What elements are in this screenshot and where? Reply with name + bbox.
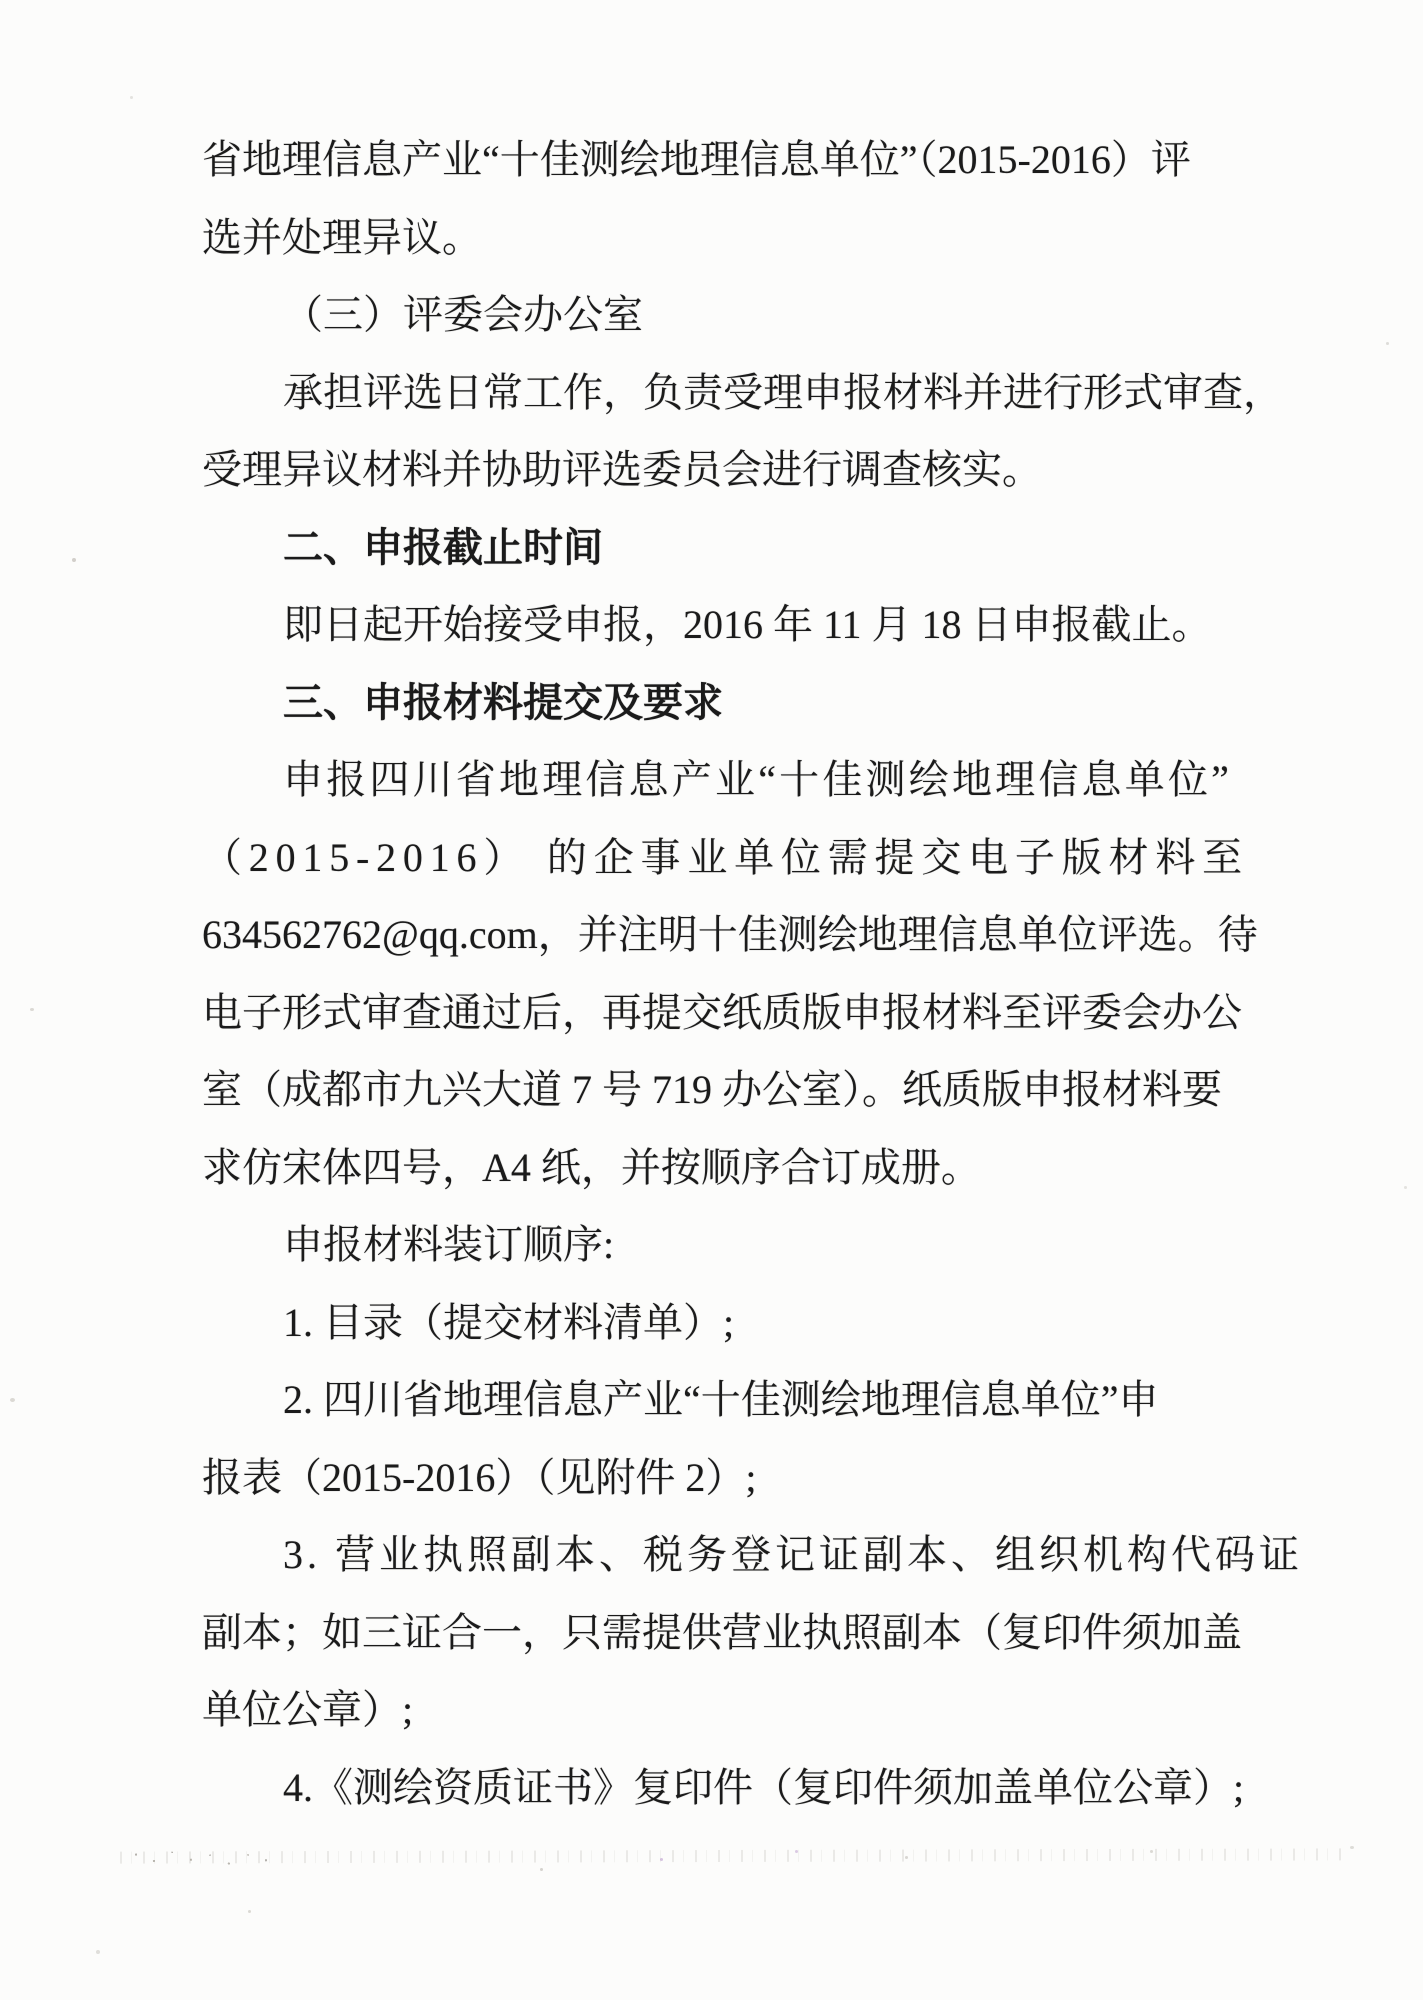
- document-page: 省地理信息产业“十佳测绘地理信息单位”（2015-2016）评 选并处理异议。 …: [0, 0, 1423, 2000]
- text-line: 报表（2015-2016）（见附件 2）;: [202, 1439, 1262, 1517]
- section-heading: 三、申报材料提交及要求: [202, 664, 1262, 742]
- text-line: 受理异议材料并协助评选委员会进行调查核实。: [202, 431, 1262, 509]
- text-line: （2015-2016） 的企事业单位需提交电子版材料至: [202, 819, 1262, 897]
- noise-speck: [540, 1868, 543, 1871]
- noise-speck: [1404, 1186, 1407, 1189]
- noise-patch: [128, 1844, 278, 1869]
- noise-speck: [248, 1910, 251, 1913]
- noise-speck: [10, 1398, 15, 1402]
- text-line: 单位公章）;: [202, 1671, 1262, 1749]
- text-line: 副本；如三证合一，只需提供营业执照副本（复印件须加盖: [202, 1594, 1262, 1672]
- text-line: 即日起开始接受申报，2016 年 11 月 18 日申报截止。: [202, 586, 1262, 664]
- list-item-line: 1. 目录（提交材料清单）;: [202, 1284, 1262, 1362]
- noise-speck: [1350, 1846, 1354, 1849]
- noise-speck: [1386, 342, 1389, 345]
- noise-speck: [30, 1008, 34, 1011]
- list-item-line: 3. 营业执照副本、税务登记证副本、组织机构代码证: [202, 1516, 1262, 1594]
- text-line: 求仿宋体四号，A4 纸，并按顺序合订成册。: [202, 1129, 1262, 1207]
- section-heading: 二、申报截止时间: [202, 509, 1262, 587]
- noise-band: [120, 1848, 1350, 1863]
- noise-speck: [795, 1850, 798, 1853]
- text-line: 电子形式审查通过后，再提交纸质版申报材料至评委会办公: [202, 974, 1262, 1052]
- text-line: 634562762@qq.com，并注明十佳测绘地理信息单位评选。待: [202, 896, 1262, 974]
- noise-speck: [72, 558, 76, 562]
- document-text-block: 省地理信息产业“十佳测绘地理信息单位”（2015-2016）评 选并处理异议。 …: [202, 121, 1262, 1826]
- text-line: 申报材料装订顺序:: [202, 1206, 1262, 1284]
- text-line: （三）评委会办公室: [202, 276, 1262, 354]
- noise-speck: [905, 1856, 908, 1859]
- text-line: 省地理信息产业“十佳测绘地理信息单位”（2015-2016）评: [202, 121, 1262, 199]
- noise-speck: [1150, 1850, 1153, 1853]
- text-line: 室（成都市九兴大道 7 号 719 办公室）。纸质版申报材料要: [202, 1051, 1262, 1129]
- list-item-line: 2. 四川省地理信息产业“十佳测绘地理信息单位”申: [202, 1361, 1262, 1439]
- noise-speck: [660, 1858, 663, 1861]
- text-line: 选并处理异议。: [202, 199, 1262, 277]
- text-line: 承担评选日常工作，负责受理申报材料并进行形式审查，: [202, 354, 1262, 432]
- text-line: 申报四川省地理信息产业“十佳测绘地理信息单位”: [202, 741, 1262, 819]
- noise-speck: [96, 1950, 100, 1954]
- noise-speck: [130, 96, 133, 99]
- list-item-line: 4.《测绘资质证书》复印件（复印件须加盖单位公章）;: [202, 1749, 1262, 1827]
